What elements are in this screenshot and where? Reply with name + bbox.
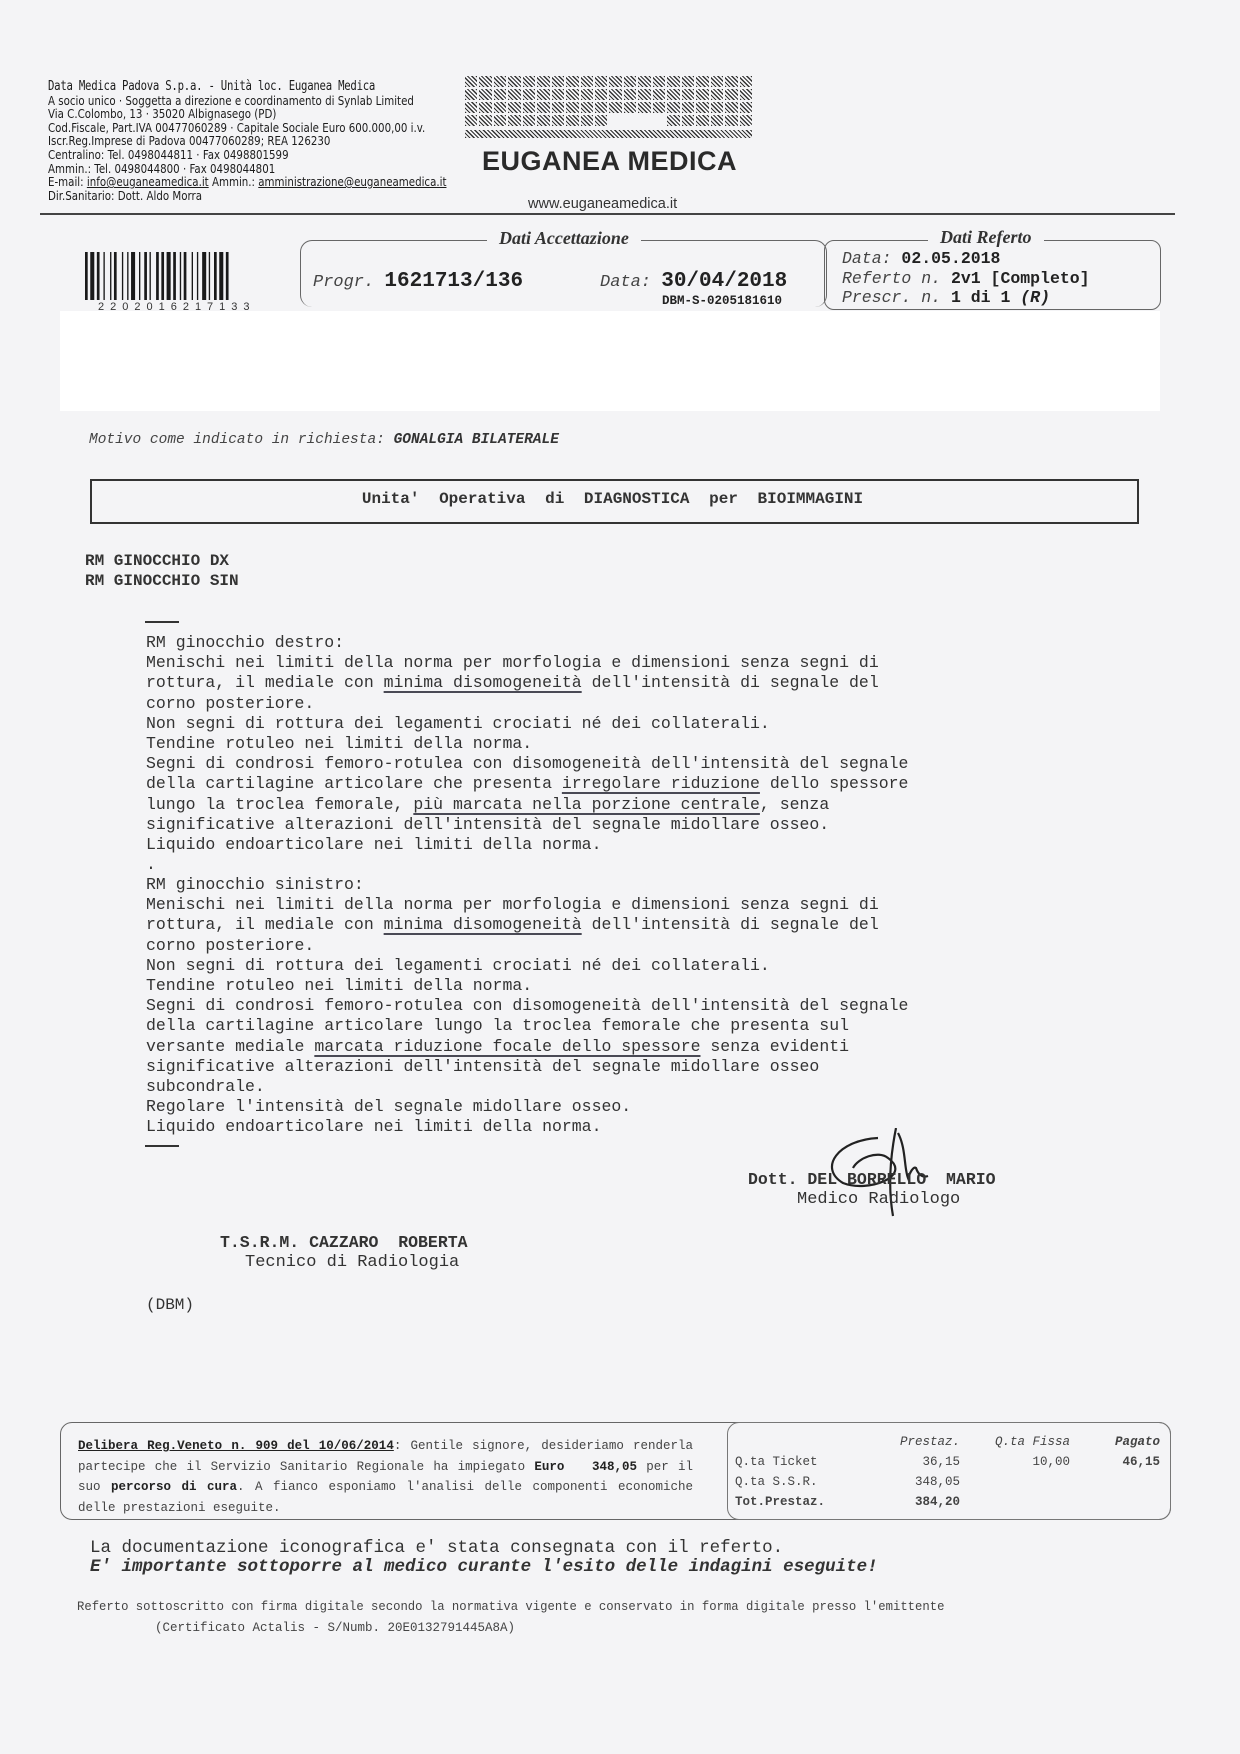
- operator-code: (DBM): [146, 1296, 194, 1314]
- certificate-info: (Certificato Actalis - S/Numb. 20E013279…: [155, 1621, 515, 1635]
- digital-signature-note: Referto sottoscritto con firma digitale …: [77, 1600, 944, 1614]
- iconography-note: La documentazione iconografica e' stata …: [90, 1538, 783, 1558]
- referto-value: 2v1 [Completo]: [951, 269, 1090, 288]
- text-line: Menischi nei limiti della norma per morf…: [146, 895, 908, 915]
- text-line: rottura, il mediale con minima disomogen…: [146, 915, 908, 935]
- cell-prestaz: 36,15: [865, 1452, 960, 1472]
- email-label: E-mail:: [48, 174, 84, 189]
- text-line: corno posteriore.: [146, 936, 908, 956]
- text-span: , senza: [760, 795, 829, 814]
- barcode-icon: [85, 252, 279, 300]
- company-line: Via C.Colombo, 13 · 35020 Albignasego (P…: [48, 107, 446, 121]
- exam-item: RM GINOCCHIO SIN: [85, 571, 239, 591]
- text-line: Non segni di rottura dei legamenti croci…: [146, 956, 908, 976]
- report-details: Data: 02.05.2018 Referto n. 2v1 [Complet…: [842, 249, 1090, 308]
- logo-bar: [465, 130, 752, 138]
- findings-title: RM ginocchio destro:: [146, 633, 908, 653]
- text-line: Menischi nei limiti della norma per morf…: [146, 653, 908, 673]
- exam-list: RM GINOCCHIO DX RM GINOCCHIO SIN: [85, 551, 239, 591]
- percorso-text: percorso di cura: [111, 1480, 237, 1494]
- underlined-text: minima disomogeneità: [384, 915, 582, 934]
- acceptance-code: DBM-S-0205181610: [662, 294, 782, 308]
- text-line: versante mediale marcata riduzione focal…: [146, 1037, 908, 1057]
- text-span: dell'intensità di segnale del: [582, 915, 879, 934]
- table-row: Tot.Prestaz. 384,20: [735, 1492, 1160, 1512]
- report-title: Dati Referto: [928, 227, 1044, 248]
- acceptance-date-value: 30/04/2018: [661, 270, 787, 293]
- underlined-text: marcata riduzione focale dello spessore: [314, 1037, 700, 1056]
- company-line: A socio unico · Soggetta a direzione e c…: [48, 94, 446, 108]
- euro-label: Euro: [534, 1460, 564, 1474]
- text-line: della cartilagine articolare che present…: [146, 774, 908, 794]
- col-pagato: Pagato: [1070, 1432, 1160, 1452]
- reason-value: GONALGIA BILATERALE: [394, 432, 559, 448]
- barcode-number: 2202016217133: [98, 301, 256, 311]
- admin-email-link[interactable]: amministrazione@euganeamedica.it: [258, 174, 446, 189]
- text-span: lungo la troclea femorale,: [146, 795, 413, 814]
- text-line: Non segni di rottura dei legamenti croci…: [146, 714, 908, 734]
- report-date-label: Data:: [842, 249, 892, 268]
- logo-mosaic-icon: [465, 76, 752, 126]
- table-header: Prestaz. Q.ta Fissa Pagato: [735, 1432, 1160, 1452]
- text-line: subcondrale.: [146, 1077, 908, 1097]
- acceptance-date-label: Data:: [600, 273, 651, 292]
- cell-prestaz: 348,05: [865, 1472, 960, 1492]
- text-span: della cartilagine articolare che present…: [146, 774, 562, 793]
- euro-value: 348,05: [592, 1460, 637, 1474]
- cell-fissa: [960, 1492, 1070, 1512]
- prescr-label: Prescr. n.: [842, 288, 941, 307]
- cell-pagato: 46,15: [1070, 1452, 1160, 1472]
- text-span: rottura, il mediale con: [146, 915, 384, 934]
- cell-fissa: [960, 1472, 1070, 1492]
- header-divider: [40, 213, 1175, 215]
- underlined-text: minima disomogeneità: [384, 673, 582, 692]
- cell-pagato: [1070, 1492, 1160, 1512]
- text-span: dello spessore: [760, 774, 909, 793]
- findings-left: RM ginocchio sinistro:Menischi nei limit…: [146, 875, 908, 1138]
- text-line: Tendine rotuleo nei limiti della norma.: [146, 734, 908, 754]
- delibera-ref: Delibera Reg.Veneto n. 909 del 10/06/201…: [78, 1439, 394, 1453]
- company-line: Cod.Fiscale, Part.IVA 00477060289 · Capi…: [48, 121, 446, 135]
- cell-prestaz: 384,20: [865, 1492, 960, 1512]
- text-line: della cartilagine articolare lungo la tr…: [146, 1016, 908, 1036]
- progr-label: Progr.: [313, 273, 374, 292]
- text-span: versante mediale: [146, 1037, 314, 1056]
- progr-value: 1621713/136: [384, 270, 523, 293]
- website-link[interactable]: www.euganeamedica.it: [528, 196, 677, 212]
- table-row: Q.ta Ticket 36,15 10,00 46,15: [735, 1452, 1160, 1472]
- findings-title: RM ginocchio sinistro:: [146, 875, 908, 895]
- text-line: Regolare l'intensità del segnale midolla…: [146, 1097, 908, 1117]
- findings-right: RM ginocchio destro:Menischi nei limiti …: [146, 633, 908, 875]
- table-row: Q.ta S.S.R. 348,05: [735, 1472, 1160, 1492]
- row-label: Q.ta Ticket: [735, 1452, 865, 1472]
- text-line: significative alterazioni dell'intensità…: [146, 1057, 908, 1077]
- admin-label: Ammin.:: [212, 174, 255, 189]
- underlined-text: irregolare riduzione: [562, 774, 760, 793]
- text-span: rottura, il mediale con: [146, 673, 384, 692]
- text-line: rottura, il mediale con minima disomogen…: [146, 673, 908, 693]
- text-line: Liquido endoarticolare nei limiti della …: [146, 1117, 908, 1137]
- company-info: Data Medica Padova S.p.a. - Unità loc. E…: [48, 80, 446, 202]
- text-line: corno posteriore.: [146, 694, 908, 714]
- company-line: Iscr.Reg.Imprese di Padova 00477060289; …: [48, 134, 446, 148]
- cell-pagato: [1070, 1472, 1160, 1492]
- acceptance-date-field: Data: 30/04/2018: [600, 270, 787, 293]
- progr-field: Progr. 1621713/136: [313, 270, 523, 293]
- redacted-area: [60, 311, 1160, 411]
- director: Dir.Sanitario: Dott. Aldo Morra: [48, 189, 446, 203]
- email-link[interactable]: info@euganeamedica.it: [87, 174, 209, 189]
- cell-fissa: 10,00: [960, 1452, 1070, 1472]
- company-line: Centralino: Tel. 0498044811 · Fax 049880…: [48, 148, 446, 162]
- text-line: significative alterazioni dell'intensità…: [146, 815, 908, 835]
- important-note: E' importante sottoporre al medico curan…: [90, 1557, 878, 1577]
- underlined-text: più marcata nella porzione centrale: [413, 795, 760, 814]
- separator: [145, 621, 179, 623]
- text-line: lungo la troclea femorale, più marcata n…: [146, 795, 908, 815]
- text-line: Segni di condrosi femoro-rotulea con dis…: [146, 996, 908, 1016]
- row-label: Q.ta S.S.R.: [735, 1472, 865, 1492]
- referto-label: Referto n.: [842, 269, 941, 288]
- technician-name: T.S.R.M. CAZZARO ROBERTA: [220, 1233, 468, 1252]
- email-line: E-mail: info@euganeamedica.it Ammin.: am…: [48, 175, 446, 189]
- request-reason: Motivo come indicato in richiesta: GONAL…: [89, 432, 559, 448]
- text-line: Tendine rotuleo nei limiti della norma.: [146, 976, 908, 996]
- cost-table: Prestaz. Q.ta Fissa Pagato Q.ta Ticket 3…: [735, 1432, 1160, 1512]
- text-line: .: [146, 855, 908, 875]
- cost-info-text: Delibera Reg.Veneto n. 909 del 10/06/201…: [78, 1436, 693, 1518]
- col-prestaz: Prestaz.: [865, 1432, 960, 1452]
- prescr-flag: (R): [1020, 288, 1050, 307]
- doctor-role: Medico Radiologo: [797, 1190, 960, 1209]
- unit-title: Unita' Operativa di DIAGNOSTICA per BIOI…: [90, 490, 1135, 508]
- logo-name: EUGANEA MEDICA: [482, 146, 737, 177]
- text-span: dell'intensità di segnale del: [582, 673, 879, 692]
- text-line: Liquido endoarticolare nei limiti della …: [146, 835, 908, 855]
- row-label: Tot.Prestaz.: [735, 1492, 865, 1512]
- technician-role: Tecnico di Radiologia: [245, 1253, 459, 1272]
- separator: [145, 1145, 179, 1147]
- company-line: Ammin.: Tel. 0498044800 · Fax 0498044801: [48, 162, 446, 176]
- doctor-name: Dott. DEL BORRELLO MARIO: [748, 1170, 996, 1189]
- text-line: Segni di condrosi femoro-rotulea con dis…: [146, 754, 908, 774]
- col-fissa: Q.ta Fissa: [960, 1432, 1070, 1452]
- company-name: Data Medica Padova S.p.a. - Unità loc. E…: [48, 80, 446, 94]
- text-span: senza evidenti: [701, 1037, 850, 1056]
- report-date-value: 02.05.2018: [901, 249, 1000, 268]
- exam-item: RM GINOCCHIO DX: [85, 551, 239, 571]
- prescr-value: 1 di 1: [951, 288, 1010, 307]
- acceptance-title: Dati Accettazione: [487, 228, 641, 249]
- reason-label: Motivo come indicato in richiesta:: [89, 432, 385, 448]
